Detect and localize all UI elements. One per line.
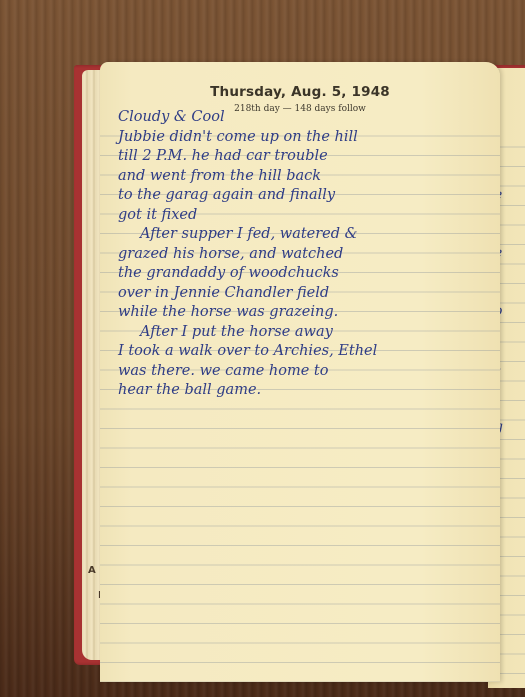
weather-left: Cloudy & (118, 109, 187, 125)
entry-line: After I put the horse away (118, 323, 493, 343)
entry-line: was there. we came home to (118, 362, 493, 382)
entry-line: I took a walk over to Archies, Ethel (118, 342, 493, 362)
entry-line: and went from the hill back (118, 167, 493, 187)
entry-line: Jubbie didn't come up on the hill (118, 128, 493, 148)
diary-page: Thursday, Aug. 5, 1948 218th day — 148 d… (100, 62, 500, 682)
index-tab-letter: A (88, 565, 96, 576)
entry-line: till 2 P.M. he had car trouble (118, 147, 493, 167)
weather-right: Cool (191, 109, 224, 125)
entry-line: the grandaddy of woodchucks (118, 264, 493, 284)
weather-line: Cloudy & Cool (118, 108, 493, 128)
entry-line: over in Jennie Chandler field (118, 284, 493, 304)
handwritten-entry: Cloudy & Cool Jubbie didn't come up on t… (118, 108, 493, 401)
entry-line: while the horse was grazeing. (118, 303, 493, 323)
entry-line: got it fixed (118, 206, 493, 226)
entry-line: grazed his horse, and watched (118, 245, 493, 265)
entry-line: to the garag again and finally (118, 186, 493, 206)
page-date-heading: Thursday, Aug. 5, 1948 (100, 84, 500, 100)
entry-line: hear the ball game. (118, 381, 493, 401)
entry-line: After supper I fed, watered & (118, 225, 493, 245)
